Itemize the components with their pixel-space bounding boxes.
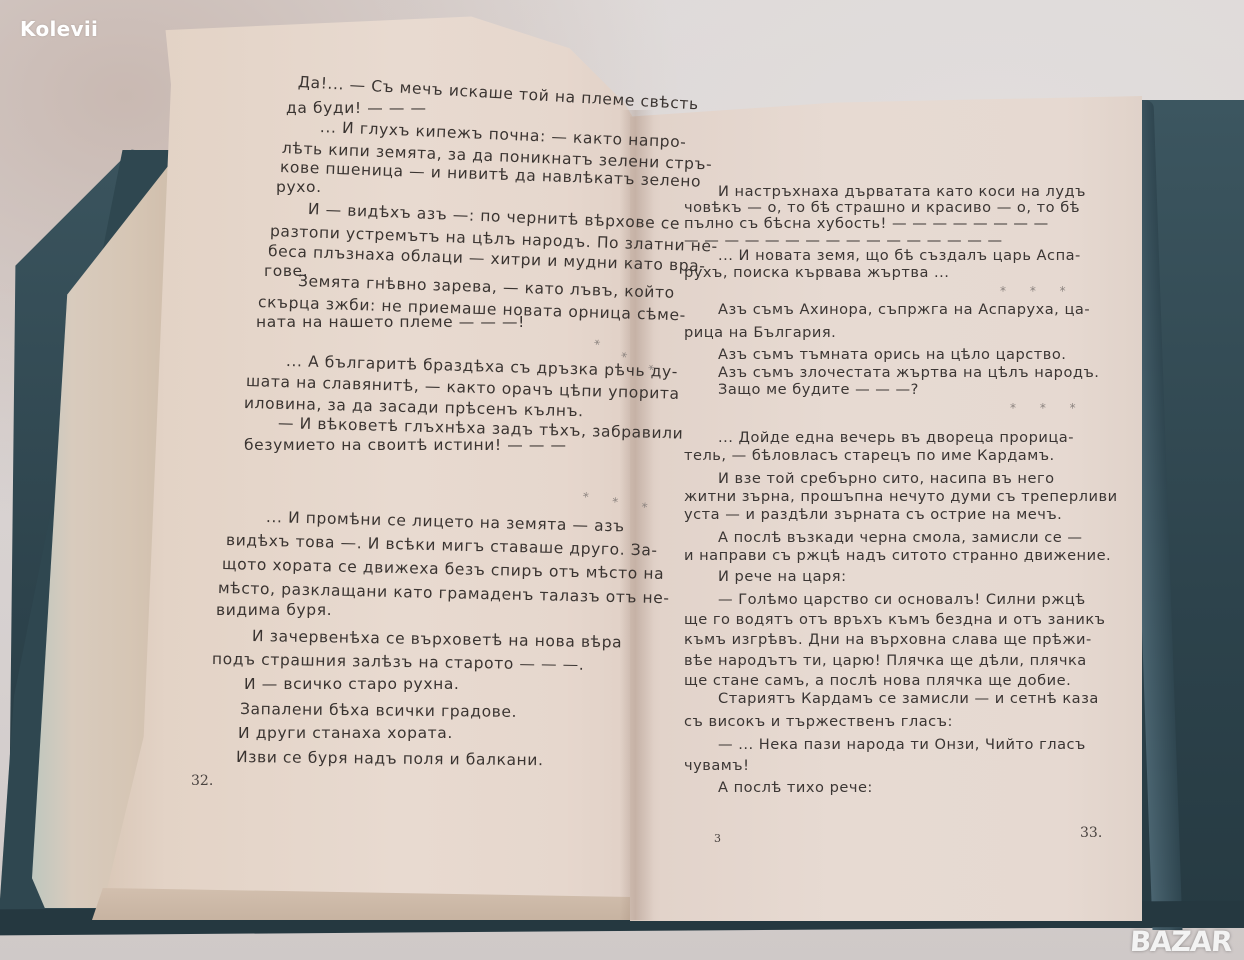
text-line: И взе той сребърно сито, насипа въ него — [718, 470, 1055, 487]
text-line: рухъ, поиска кървава жъртва ... — [684, 264, 949, 281]
text-line: рухо. — [276, 178, 322, 196]
text-line: А послѣ възкади черна смола, замисли се … — [718, 529, 1082, 546]
signature-mark: 3 — [714, 832, 721, 845]
watermark-seller: Kolevii — [20, 17, 98, 41]
text-line: ... И новата земя, що бѣ създалъ царь Ас… — [718, 247, 1081, 264]
text-line: уста — и раздѣли зърната съ острие на ме… — [684, 506, 1062, 523]
text-line: Изви се буря надъ поля и балкани. — [236, 748, 544, 769]
text-line: — Голѣмо царство си основалъ! Силни ржцѣ — [718, 591, 1086, 608]
text-line: Защо ме будите — — —? — [718, 381, 919, 398]
text-line: И други станаха хората. — [238, 724, 453, 742]
text-line: човѣкъ — о, то бѣ страшно и красиво — о,… — [684, 199, 1080, 216]
text-line: — ... Нека пази народа ти Онзи, Чийто гл… — [718, 736, 1086, 753]
text-line: И — всичко старо рухна. — [244, 675, 459, 693]
page-number-right: 33. — [1080, 825, 1102, 841]
text-line: ната на нашето племе — — —! — [256, 313, 525, 331]
text-line: да буди! — — — — [286, 99, 427, 117]
text-line: ще стане самъ, а послѣ нова плячка ще до… — [684, 672, 1071, 689]
text-line: пълно съ бѣсна хубость! — — — — — — — — — [684, 215, 1049, 232]
text-line: И настръхнаха дърватата като коси на луд… — [718, 183, 1086, 200]
text-line: тель, — бѣловласъ старецъ по име Кардамъ… — [684, 447, 1055, 464]
text-line: Азъ съмъ злочестата жъртва на цѣлъ народ… — [718, 364, 1099, 381]
text-line: ще го водятъ отъ връхъ къмъ бездна и отъ… — [684, 611, 1106, 628]
page-number-left: 32. — [191, 773, 213, 789]
text-line: А послѣ тихо рече: — [718, 779, 873, 796]
text-line: Запалени бѣха всички градове. — [240, 700, 517, 721]
text-line: житни зърна, прошъпна нечуто думи съ тре… — [684, 488, 1118, 505]
text-line: къмъ изгрѣвъ. Дни на върховна слава ще п… — [684, 631, 1092, 648]
text-line: видима буря. — [216, 601, 332, 619]
text-line: Стариятъ Кардамъ се замисли — и сетнѣ ка… — [718, 690, 1099, 707]
section-divider-stars: * * * — [1000, 284, 1076, 298]
text-line: Азъ съмъ тъмната орись на цѣло царство. — [718, 346, 1066, 363]
text-line: чувамъ! — [684, 757, 749, 774]
text-line: вѣе народътъ ти, царю! Плячка ще дѣли, п… — [684, 652, 1087, 669]
text-line: безумието на своитѣ истини! — — — — [244, 436, 567, 454]
watermark-bazar-logo: BAZAR — [1129, 925, 1233, 958]
text-line: и направи съ ржцѣ надъ ситото странно дв… — [684, 547, 1111, 564]
text-line: И рече на царя: — [718, 568, 847, 585]
text-line: рица на България. — [684, 324, 836, 341]
text-line: ... Дойде една вечерь въ двореца прорица… — [718, 429, 1074, 446]
section-divider-stars: * * * — [1010, 401, 1086, 415]
text-line: съ високъ и тържественъ гласъ: — [684, 713, 953, 730]
text-line: Азъ съмъ Ахинора, съпржга на Аспаруха, ц… — [718, 301, 1090, 318]
